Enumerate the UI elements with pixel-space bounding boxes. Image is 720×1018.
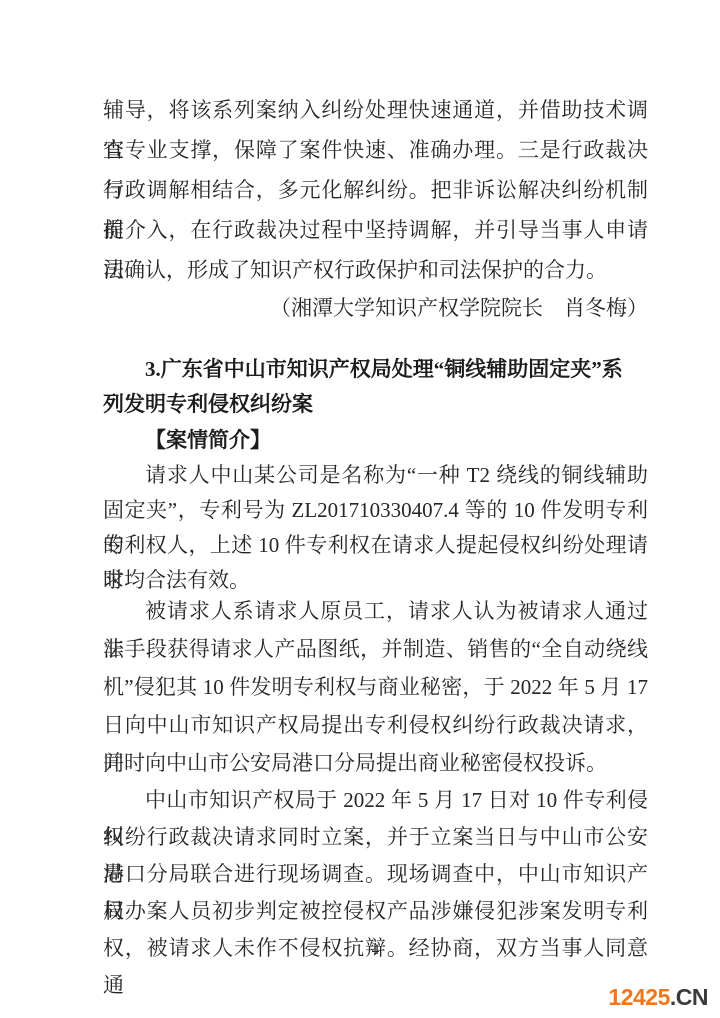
paragraph-line: 固定夹”，专利号为 ZL201710330407.4 等的 10 件发明专利的: [103, 493, 648, 528]
paragraph-investigation: 中山市知识产权局于 2022 年 5 月 17 日对 10 件专利侵权 纠纷行政…: [103, 782, 648, 967]
case-heading-line: 3.广东省中山市知识产权局处理“铜线辅助固定夹”系: [103, 352, 648, 387]
paragraph-line: 官专业支撑，保障了案件快速、准确办理。三是行政裁决与: [103, 130, 648, 170]
paragraph-line: 同时向中山市公安局港口分局提出商业秘密侵权投诉。: [103, 744, 648, 782]
paragraph-line: 日向中山市知识产权局提出专利侵权纠纷行政裁决请求，并: [103, 706, 648, 744]
paragraph-continued: 辅导，将该系列案纳入纠纷处理快速通道，并借助技术调查 官专业支撑，保障了案件快速…: [103, 90, 648, 290]
paragraph-line: 辅导，将该系列案纳入纠纷处理快速通道，并借助技术调查: [103, 90, 648, 130]
paragraph-line: 专利权人，上述 10 件专利权在请求人提起侵权纠纷处理请求: [103, 528, 648, 563]
paragraph-line: 请求人中山某公司是名称为“一种 T2 绕线的铜线辅助: [103, 458, 648, 493]
case-heading: 3.广东省中山市知识产权局处理“铜线辅助固定夹”系 列发明专利侵权纠纷案: [103, 352, 648, 422]
paragraph-line: 法确认，形成了知识产权行政保护和司法保护的合力。: [103, 250, 648, 290]
paragraph-line: 行政调解相结合，多元化解纠纷。把非诉讼解决纠纷机制提: [103, 170, 648, 210]
watermark-domain: .CN: [670, 984, 708, 1010]
paragraph-line: 机”侵犯其 10 件发明专利权与商业秘密，于 2022 年 5 月 17: [103, 668, 648, 706]
paragraph-claimant: 请求人中山某公司是名称为“一种 T2 绕线的铜线辅助 固定夹”，专利号为 ZL2…: [103, 458, 648, 598]
paragraph-line: 法手段获得请求人产品图纸，并制造、销售的“全自动绕线: [103, 630, 648, 668]
document-page: 辅导，将该系列案纳入纠纷处理快速通道，并借助技术调查 官专业支撑，保障了案件快速…: [0, 0, 720, 1018]
case-heading-line: 列发明专利侵权纠纷案: [103, 387, 648, 422]
paragraph-line: 局办案人员初步判定被控侵权产品涉嫌侵犯涉案发明专利: [103, 893, 648, 930]
page-number: 4: [103, 942, 648, 959]
document-text-block: 辅导，将该系列案纳入纠纷处理快速通道，并借助技术调查 官专业支撑，保障了案件快速…: [103, 90, 648, 967]
case-intro-label: 【案情简介】: [103, 422, 648, 458]
paragraph-line: 港口分局联合进行现场调查。现场调查中，中山市知识产权: [103, 856, 648, 893]
paragraph-line: 纠纷行政裁决请求同时立案，并于立案当日与中山市公安局: [103, 819, 648, 856]
site-watermark: 12425.CN: [608, 986, 708, 1009]
paragraph-line: 被请求人系请求人原员工，请求人认为被请求人通过非: [103, 592, 648, 630]
paragraph-respondent: 被请求人系请求人原员工，请求人认为被请求人通过非 法手段获得请求人产品图纸，并制…: [103, 592, 648, 782]
paragraph-line: 中山市知识产权局于 2022 年 5 月 17 日对 10 件专利侵权: [103, 782, 648, 819]
paragraph-line: 前介入，在行政裁决过程中坚持调解，并引导当事人申请司: [103, 210, 648, 250]
watermark-number: 12425: [608, 984, 669, 1010]
author-attribution: （湘潭大学知识产权学院院长 肖冬梅）: [103, 290, 648, 326]
